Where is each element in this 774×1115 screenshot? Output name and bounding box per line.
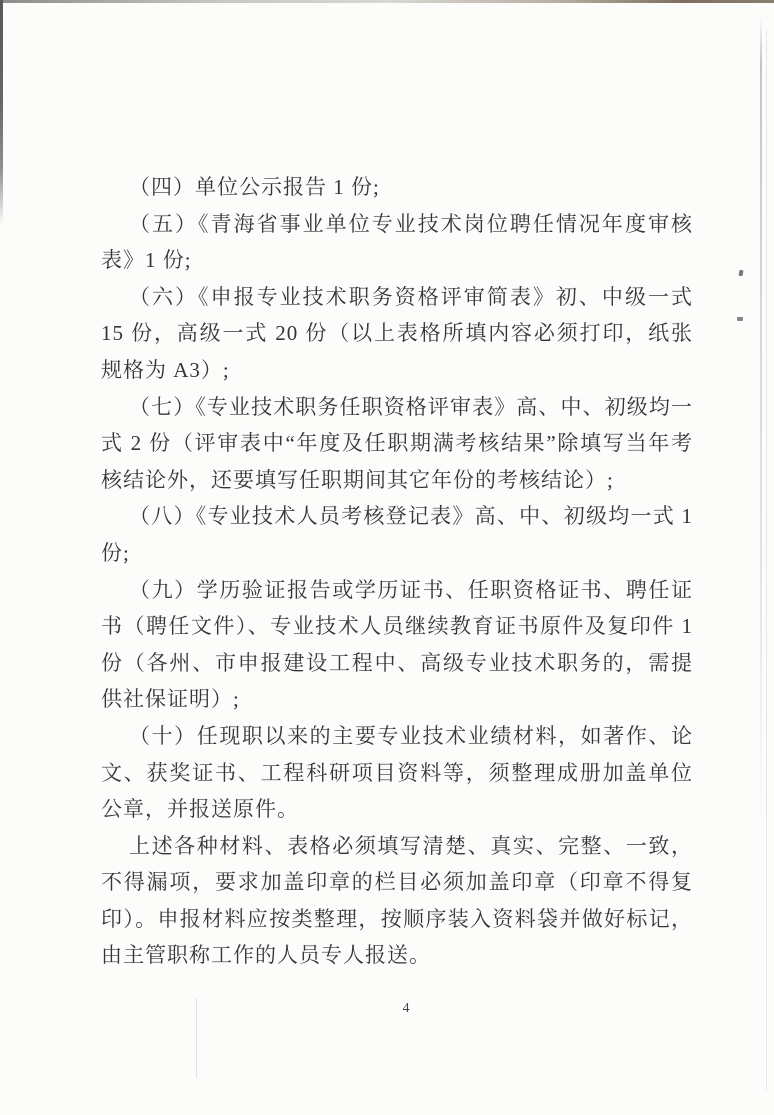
paragraph-item-9: （九）学历验证报告或学历证书、任职资格证书、聘任证书（聘任文件）、专业技术人员继… bbox=[101, 572, 693, 718]
paragraph-item-10: （十）任现职以来的主要专业技术业绩材料，如著作、论文、获奖证书、工程科研项目资料… bbox=[101, 718, 693, 828]
scan-edge-left bbox=[0, 0, 3, 225]
document-body: （四）单位公示报告 1 份; （五）《青海省事业单位专业技术岗位聘任情况年度审核… bbox=[101, 169, 693, 974]
scan-line-right bbox=[760, 15, 762, 830]
scan-edge-top bbox=[0, 0, 774, 3]
paragraph-item-6: （六）《申报专业技术职务资格评审简表》初、中级一式 15 份，高级一式 20 份… bbox=[101, 279, 693, 389]
scan-line-right-faint bbox=[766, 30, 767, 1090]
ink-speck bbox=[738, 270, 743, 277]
paragraph-item-7: （七）《专业技术职务任职资格评审表》高、中、初级均一式 2 份（评审表中“年度及… bbox=[101, 389, 693, 499]
page-number: 4 bbox=[0, 1001, 774, 1017]
paragraph-item-5: （五）《青海省事业单位专业技术岗位聘任情况年度审核表》1 份; bbox=[101, 206, 693, 279]
paragraph-item-4: （四）单位公示报告 1 份; bbox=[101, 169, 693, 206]
document-page: （四）单位公示报告 1 份; （五）《青海省事业单位专业技术岗位聘任情况年度审核… bbox=[0, 0, 774, 1115]
ink-speck bbox=[737, 317, 743, 321]
paragraph-closing: 上述各种材料、表格必须填写清楚、真实、完整、一致，不得漏项，要求加盖印章的栏目必… bbox=[101, 828, 693, 974]
paragraph-item-8: （八）《专业技术人员考核登记表》高、中、初级均一式 1 份; bbox=[101, 498, 693, 571]
